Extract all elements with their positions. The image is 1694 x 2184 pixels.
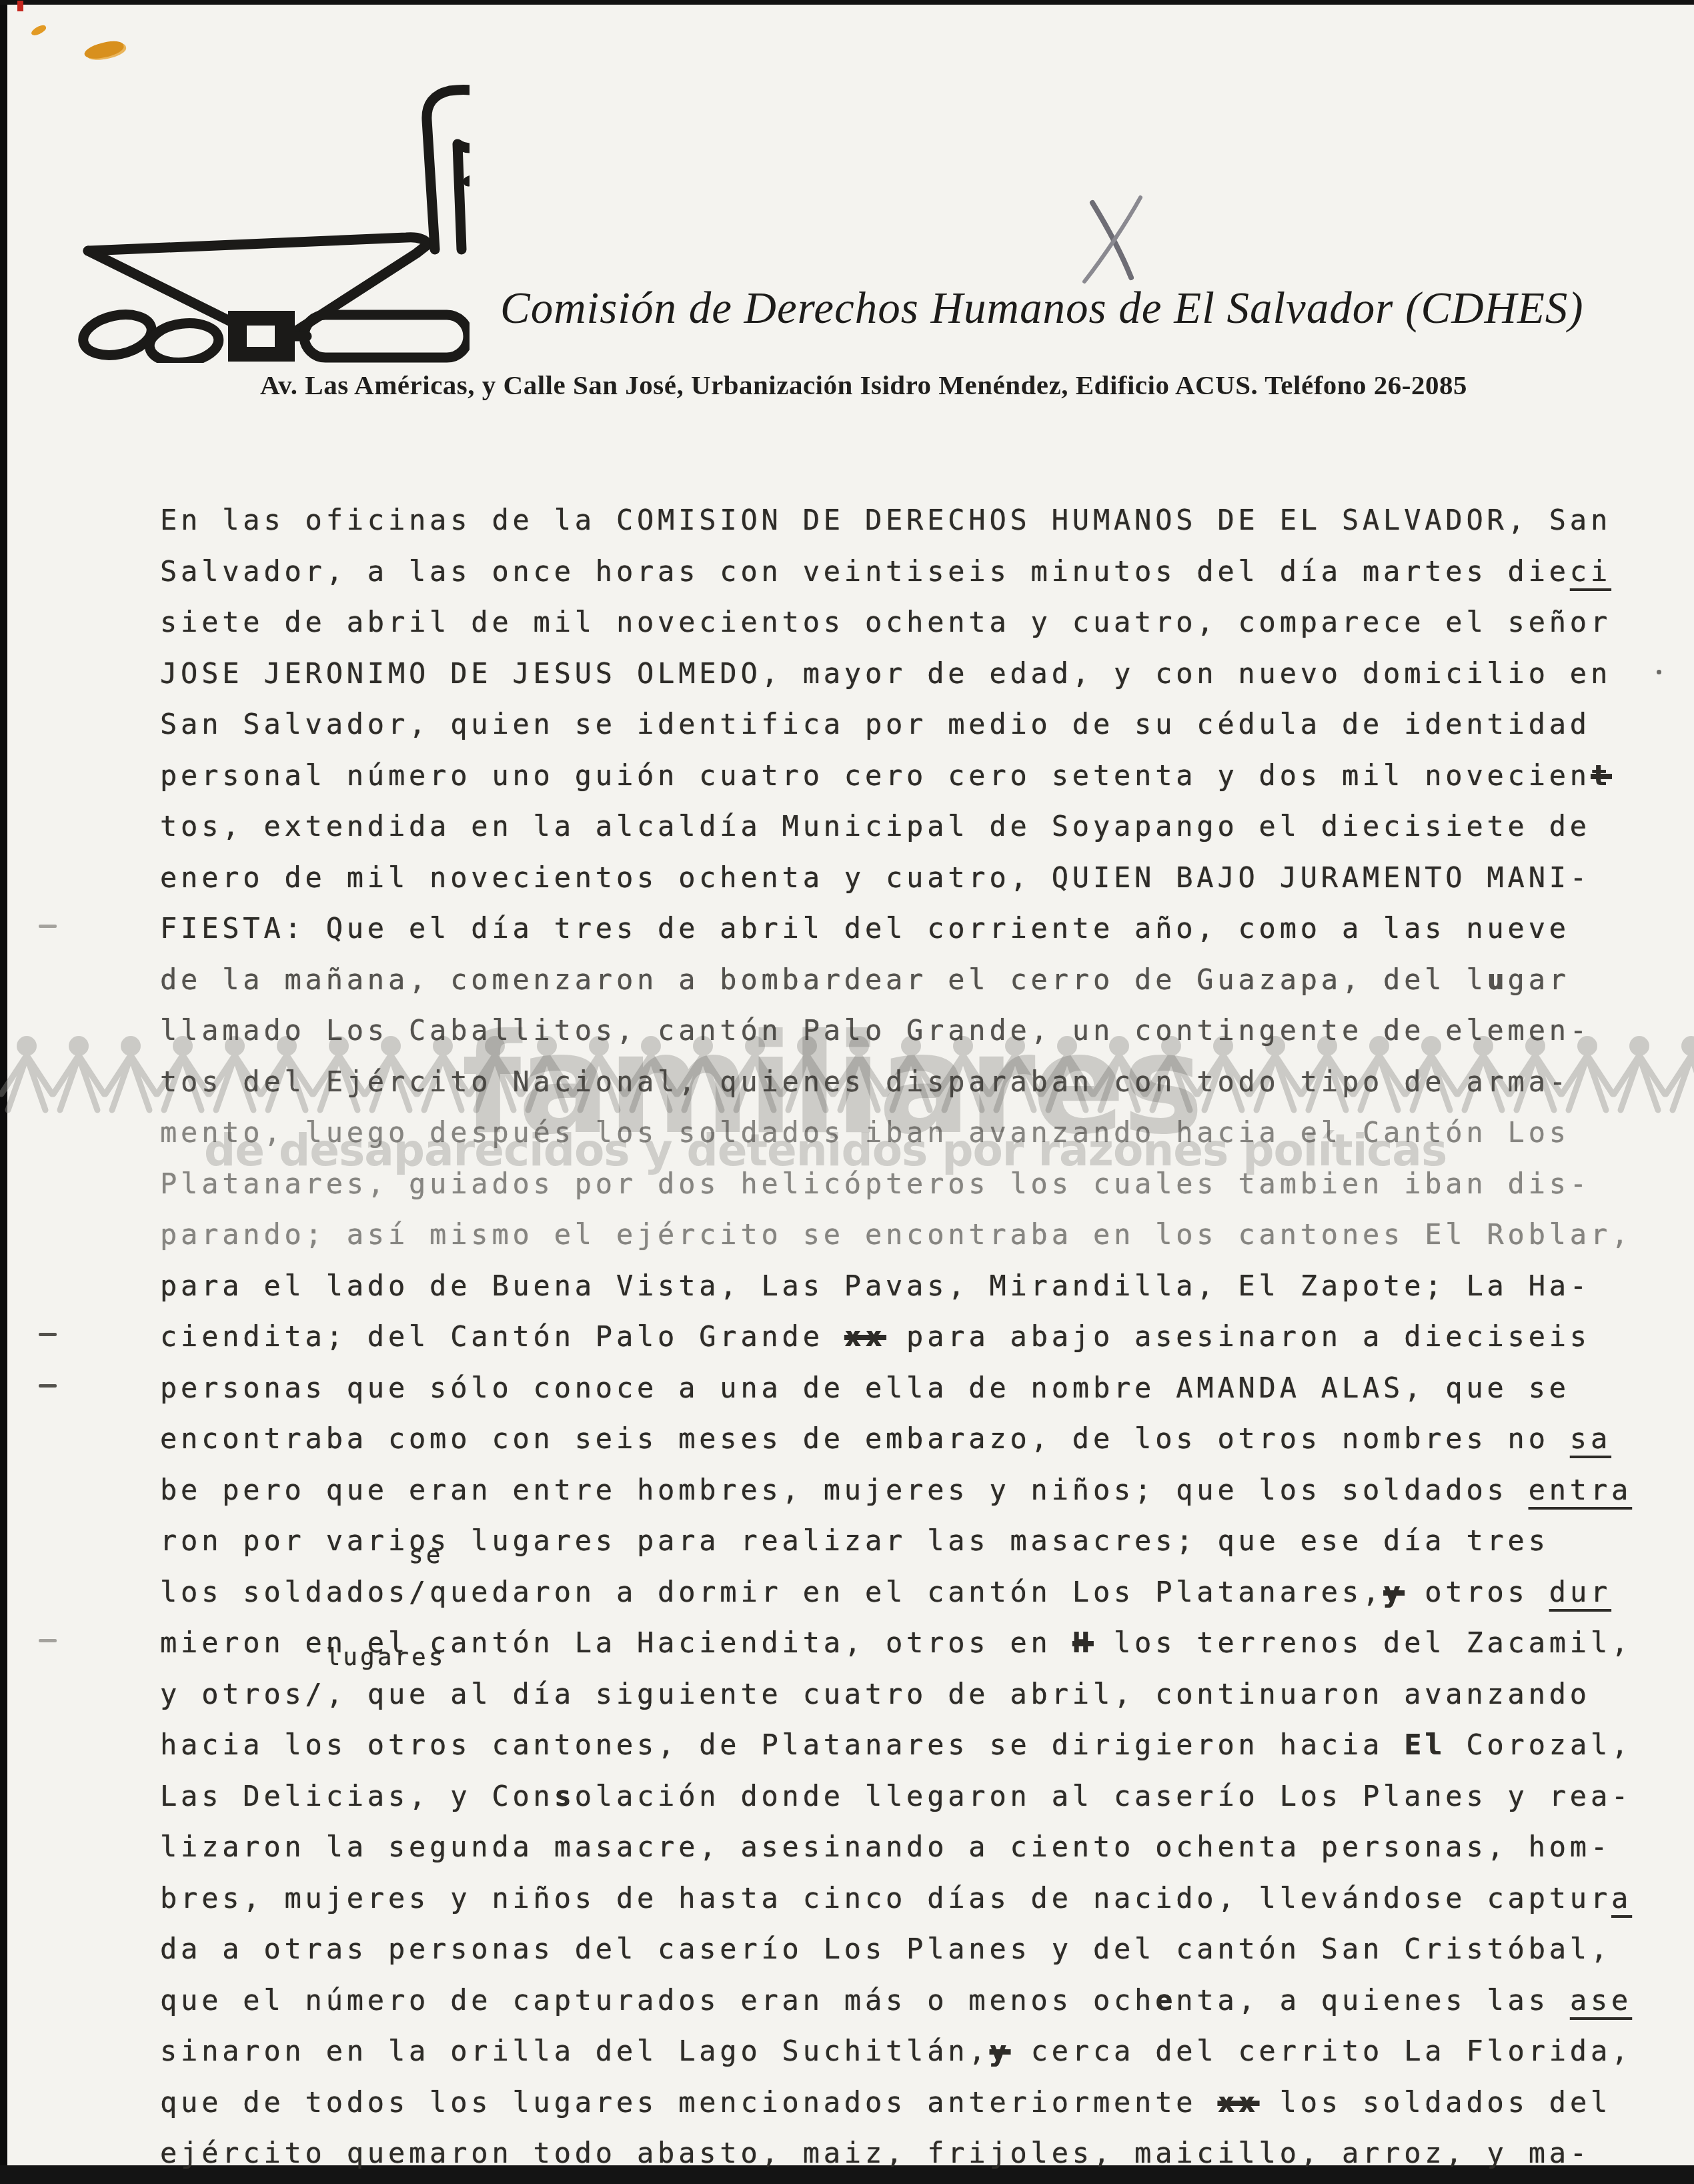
- margin-dash-mark: [39, 1384, 57, 1388]
- body-line: encontraba como con seis meses de embara…: [160, 1414, 1632, 1465]
- body-line: ron por varios lugares para realizar las…: [160, 1516, 1632, 1567]
- body-line: Platanares, guiados por dos helicópteros…: [160, 1159, 1632, 1210]
- body-line: FIESTA: Que el día tres de abril del cor…: [160, 903, 1632, 955]
- body-line: y otros/, que al día siguiente cuatro de…: [160, 1669, 1632, 1720]
- body-line: parando; así mismo el ejército se encont…: [160, 1209, 1632, 1261]
- dove-chain-icon: [69, 56, 470, 363]
- letterhead-address: Av. Las Américas, y Calle San José, Urba…: [260, 369, 1467, 401]
- interlinear-insertion: se: [409, 1542, 443, 1569]
- body-line: que de todos los lugares mencionados ant…: [160, 2077, 1632, 2129]
- body-line: lizaron la segunda masacre, asesinando a…: [160, 1822, 1632, 1873]
- paper-stain-small: [30, 24, 47, 37]
- body-line: hacia los otros cantones, de Platanares …: [160, 1720, 1632, 1771]
- body-line: sinaron en la orilla del Lago Suchitlán,…: [160, 2026, 1632, 2077]
- body-line: JOSE JERONIMO DE JESUS OLMEDO, mayor de …: [160, 648, 1632, 700]
- interlinear-insertion: lugares: [326, 1644, 446, 1671]
- margin-dash-mark: [39, 925, 57, 928]
- body-line: enero de mil novecientos ochenta y cuatr…: [160, 853, 1632, 904]
- cdhes-logo: [69, 56, 470, 366]
- body-line: Salvador, a las once horas con veintisei…: [160, 546, 1632, 598]
- body-line: personas que sólo conoce a una de ella d…: [160, 1363, 1632, 1414]
- body-line: San Salvador, quien se identifica por me…: [160, 699, 1632, 750]
- body-line: mento, luego después los soldados iban a…: [160, 1107, 1632, 1159]
- scanned-document-page: { "page": { "paper_color": "#f4f3ef", "i…: [0, 0, 1694, 2184]
- body-line: be pero que eran entre hombres, mujeres …: [160, 1465, 1632, 1516]
- body-line: que el número de capturados eran más o m…: [160, 1975, 1632, 2027]
- scan-edge-top: [0, 0, 1694, 5]
- body-line: siete de abril de mil novecientos ochent…: [160, 597, 1632, 648]
- body-line: para el lado de Buena Vista, Las Pavas, …: [160, 1261, 1632, 1312]
- organization-name: Comisión de Derechos Humanos de El Salva…: [500, 283, 1584, 334]
- body-line: de la mañana, comenzaron a bombardear el…: [160, 955, 1632, 1006]
- red-ink-speck: [17, 1, 23, 11]
- body-line: los soldados/quedaron a dormir en el can…: [160, 1567, 1632, 1618]
- paper-speck: [1657, 670, 1661, 674]
- body-line: tos del Ejército Nacional, quienes dispa…: [160, 1057, 1632, 1108]
- body-line: tos, extendida en la alcaldía Municipal …: [160, 801, 1632, 853]
- margin-dash-mark: [39, 1639, 57, 1642]
- body-line: Las Delicias, y Consolación donde llegar…: [160, 1771, 1632, 1822]
- margin-dash-mark: [39, 1333, 57, 1336]
- body-line: llamado Los Caballitos, cantón Palo Gran…: [160, 1005, 1632, 1057]
- typewritten-text-block: En las oficinas de la COMISION DE DERECH…: [160, 495, 1632, 2179]
- body-line: personal número uno guión cuatro cero ce…: [160, 750, 1632, 802]
- body-line: da a otras personas del caserío Los Plan…: [160, 1924, 1632, 1975]
- handwritten-x-mark: [1072, 189, 1160, 294]
- body-line: ejército quemaron todo abasto, maiz, fri…: [160, 2128, 1632, 2179]
- body-line: bres, mujeres y niños de hasta cinco día…: [160, 1873, 1632, 1925]
- body-line: ciendita; del Cantón Palo Grande xx para…: [160, 1311, 1632, 1363]
- body-line: En las oficinas de la COMISION DE DERECH…: [160, 495, 1632, 546]
